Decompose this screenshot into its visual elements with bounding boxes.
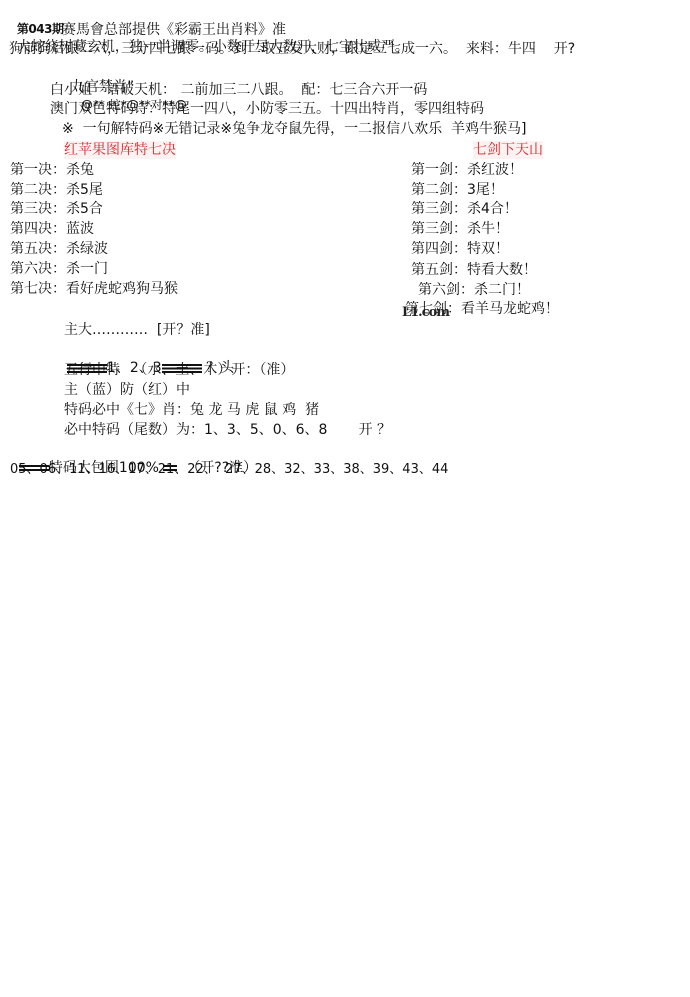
five-elements-line: 五行中特 （水、土、木）开：（准） [64, 361, 294, 379]
list-item: 第四剑：特双！ [411, 240, 509, 258]
item-label: 第二决： [10, 182, 66, 198]
item-label: 第三决： [10, 201, 66, 217]
left-section-title: 红苹果图库特七决 [64, 141, 176, 159]
list-item: 第五剑：特看大数！ [411, 261, 537, 279]
tail-number-line: 必中特码（尾数）为：1、3、5、0、6、8 开 ？ [64, 421, 391, 439]
main-guard-line: 主（蓝）防（红）中 [64, 381, 190, 399]
item-value: 杀牛！ [467, 221, 509, 237]
provider-line: 赛馬會总部提供《彩霸王出肖料》准 [62, 21, 286, 39]
item-value: 杀二门！ [474, 282, 530, 298]
item-label: 第三剑： [411, 201, 467, 217]
item-label: 第一剑： [411, 162, 467, 178]
riddle-line-2: 狗前狗后跟二六，三分四七跟一码。到二取五发大财，跟定三七成一六。 来料：牛四 开… [9, 40, 575, 58]
item-value: 杀5尾 [66, 182, 103, 198]
list-item: 第三决：杀5合 [10, 200, 103, 218]
watermark: L1.com [402, 305, 449, 320]
list-item: 第一剑：杀红波！ [411, 161, 523, 179]
item-label: 第五决： [10, 241, 66, 257]
list-item: 第三剑：杀4合！ [411, 200, 518, 218]
miss-bai-line: 白小姐一语破天机： 二前加三二八跟。 配：七三合六开一码 [50, 81, 427, 99]
item-value: 3尾！ [467, 182, 504, 198]
number-list: 05、06、11、16、17、21、22、 27、28、32、33、38、39、… [10, 461, 448, 479]
item-value: 杀绿波 [66, 241, 108, 257]
list-item: 第二决：杀5尾 [10, 181, 103, 199]
item-label: 第五剑： [411, 262, 467, 278]
list-item: 第二剑：3尾！ [411, 181, 504, 199]
macau-poem-line: 澳门双色特码诗：特尾一四八，小防零三五。十四出特肖，零四组特码 [50, 100, 484, 118]
main-big-line: 主大………… [开？准] [64, 321, 210, 339]
item-value: 特看大数！ [467, 262, 537, 278]
one-sentence-line: ※ 一句解特码※无错记录※兔争龙夺鼠先得，一二报信八欢乐 羊鸡牛猴马] [62, 120, 526, 138]
item-label: 第四剑： [411, 241, 467, 257]
item-value: 杀4合！ [467, 201, 518, 217]
item-value: 杀兔 [66, 162, 94, 178]
right-section-title: 七剑下天山 [473, 141, 543, 159]
item-value: 杀红波！ [467, 162, 523, 178]
issue-number: 第043期 [17, 22, 64, 36]
seven-zodiac-line: 特码必中《七》肖：兔 龙 马 虎 鼠 鸡 猪 [64, 401, 319, 419]
list-item: 第三剑：杀牛！ [411, 220, 509, 238]
item-label: 第四决： [10, 221, 66, 237]
item-label: 第一决： [10, 162, 66, 178]
item-value: 蓝波 [66, 221, 94, 237]
item-value: 杀5合 [66, 201, 103, 217]
item-value: 杀一门 [66, 261, 108, 277]
item-label: 第六剑： [418, 282, 474, 298]
list-item: 第六剑：杀二门！ [418, 281, 530, 299]
list-item: 第六决：杀一门 [10, 260, 108, 278]
item-value: 看羊马龙蛇鸡！ [461, 301, 559, 317]
list-item: 第五决：杀绿波 [10, 240, 108, 258]
list-item: 第七决：看好虎蛇鸡狗马猴 [10, 280, 178, 298]
item-value: 特双！ [467, 241, 509, 257]
list-item: 第一决：杀兔 [10, 161, 94, 179]
item-value: 看好虎蛇鸡狗马猴 [66, 281, 178, 297]
item-label: 第二剑： [411, 182, 467, 198]
item-label: 第六决： [10, 261, 66, 277]
item-label: 第三剑： [411, 221, 467, 237]
list-item: 第四决：蓝波 [10, 220, 94, 238]
item-label: 第七决： [10, 281, 66, 297]
